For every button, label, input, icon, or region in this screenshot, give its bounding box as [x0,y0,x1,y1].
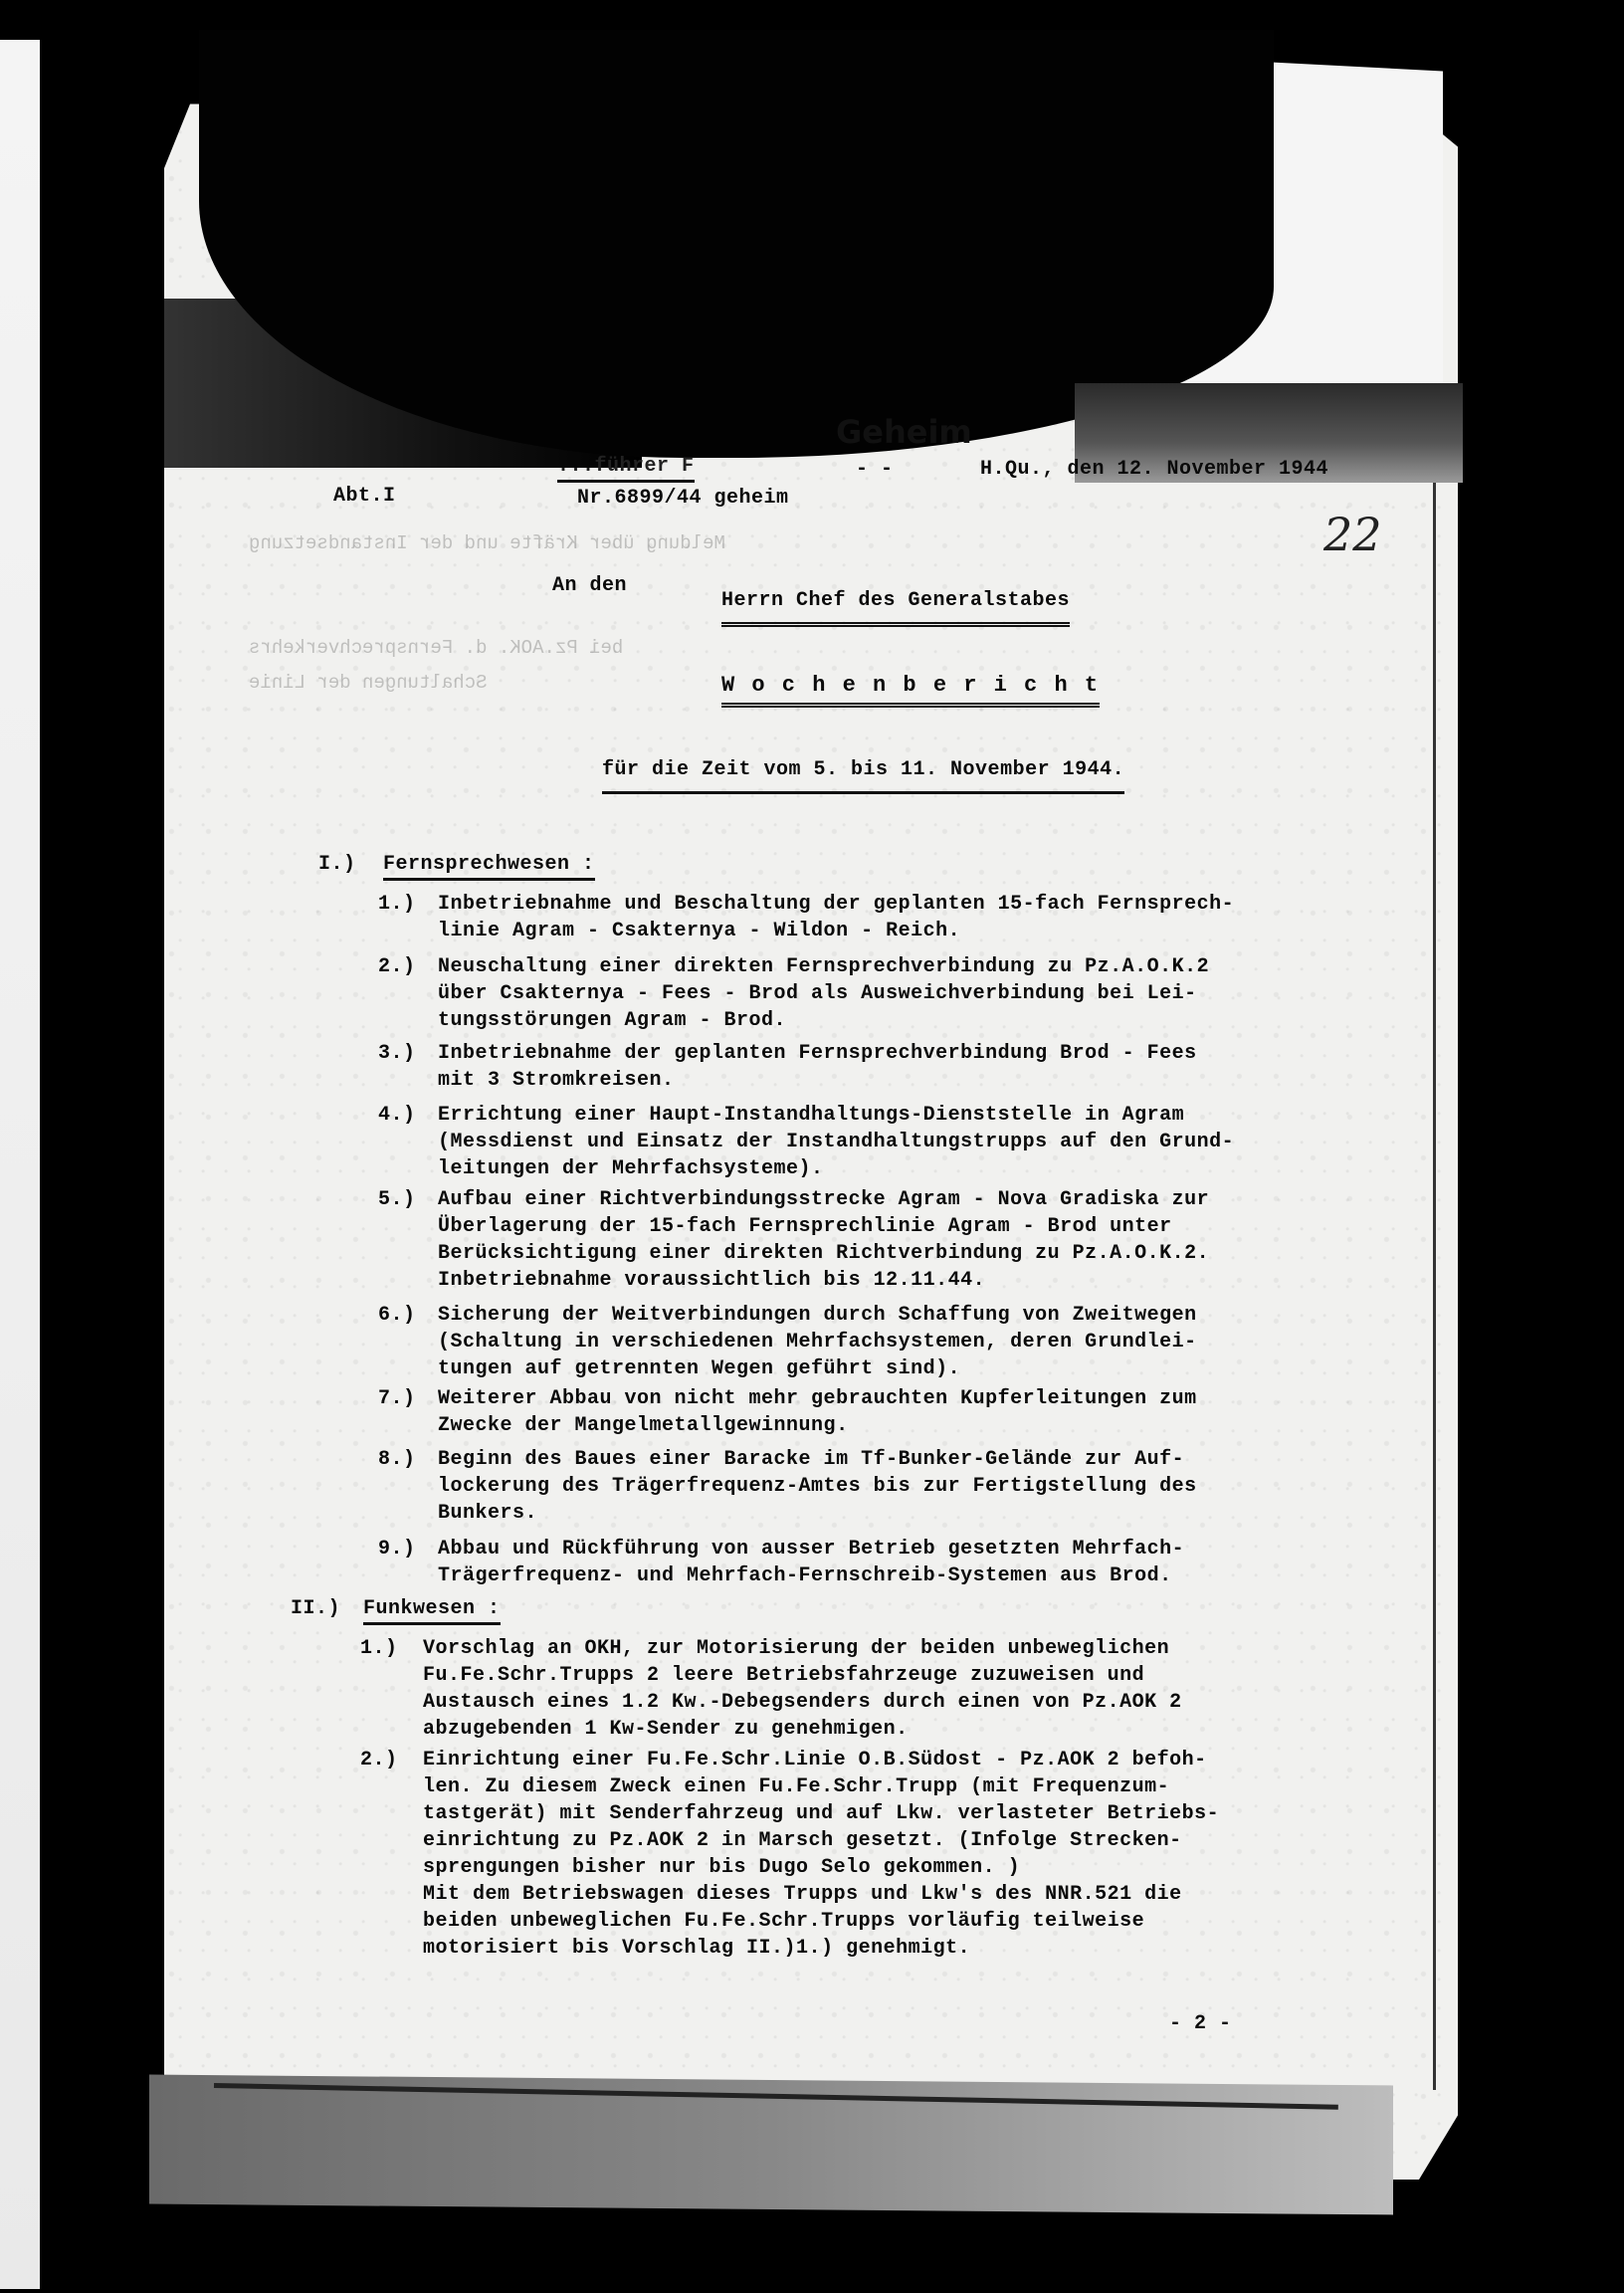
page-number: - 2 - [1169,2010,1232,2037]
department: Abt.I [333,483,396,510]
report-period: für die Zeit vom 5. bis 11. November 194… [602,756,1124,794]
item-number: 1.) [378,891,416,918]
archive-page-mark: 22 [1323,508,1382,561]
item-number: 4.) [378,1102,416,1129]
list-item: Weiterer Abbau von nicht mehr gebrauchte… [438,1385,1197,1439]
list-item: Beginn des Baues einer Baracke im Tf-Bun… [438,1446,1197,1527]
item-number: 1.) [360,1635,398,1662]
list-item: Vorschlag an OKH, zur Motorisierung der … [423,1635,1182,1743]
item-number: 9.) [378,1536,416,1563]
document-title: W o c h e n b e r i c h t [721,672,1100,708]
bleed-through-text: Schaltungen der Linie [249,672,487,694]
reference-number: Nr.6899/44 geheim [577,485,789,512]
adjacent-page-edge [0,40,40,2289]
addressee: Herrn Chef des Generalstabes [721,587,1070,627]
list-item: Neuschaltung einer direkten Fernsprechve… [438,953,1209,1034]
bleed-through-text: Meldung über Kräfte und der Instandsetzu… [249,532,725,554]
section-heading: Funkwesen : [363,1595,501,1625]
item-number: 8.) [378,1446,416,1473]
bleed-through-text: bei Pz.AOK. d. Fernsprechverkehrs [249,637,623,659]
item-number: 2.) [378,953,416,980]
item-number: 2.) [360,1747,398,1773]
list-item: Sicherung der Weitverbindungen durch Sch… [438,1302,1197,1382]
section-label: I.) [318,851,356,878]
list-item: Inbetriebnahme und Beschaltung der gepla… [438,891,1234,944]
dash-separator: - - [856,456,894,483]
classification-stamp: Geheim [836,413,972,451]
item-number: 5.) [378,1186,416,1213]
addressee-prefix: An den [552,572,627,599]
list-item: Errichtung einer Haupt-Instandhaltungs-D… [438,1102,1234,1182]
list-item: Inbetriebnahme der geplanten Fernsprechv… [438,1040,1197,1094]
place-date: H.Qu., den 12. November 1944 [980,456,1328,483]
list-item: Aufbau einer Richtverbindungsstrecke Agr… [438,1186,1209,1294]
section-heading: Fernsprechwesen : [383,851,595,881]
item-number: 6.) [378,1302,416,1329]
sender-line: ...führer F [557,453,695,483]
list-item: Abbau und Rückführung von ausser Betrieb… [438,1536,1184,1589]
item-number: 3.) [378,1040,416,1067]
list-item: Einrichtung einer Fu.Fe.Schr.Linie O.B.S… [423,1747,1219,1962]
item-number: 7.) [378,1385,416,1412]
section-label: II.) [291,1595,340,1622]
